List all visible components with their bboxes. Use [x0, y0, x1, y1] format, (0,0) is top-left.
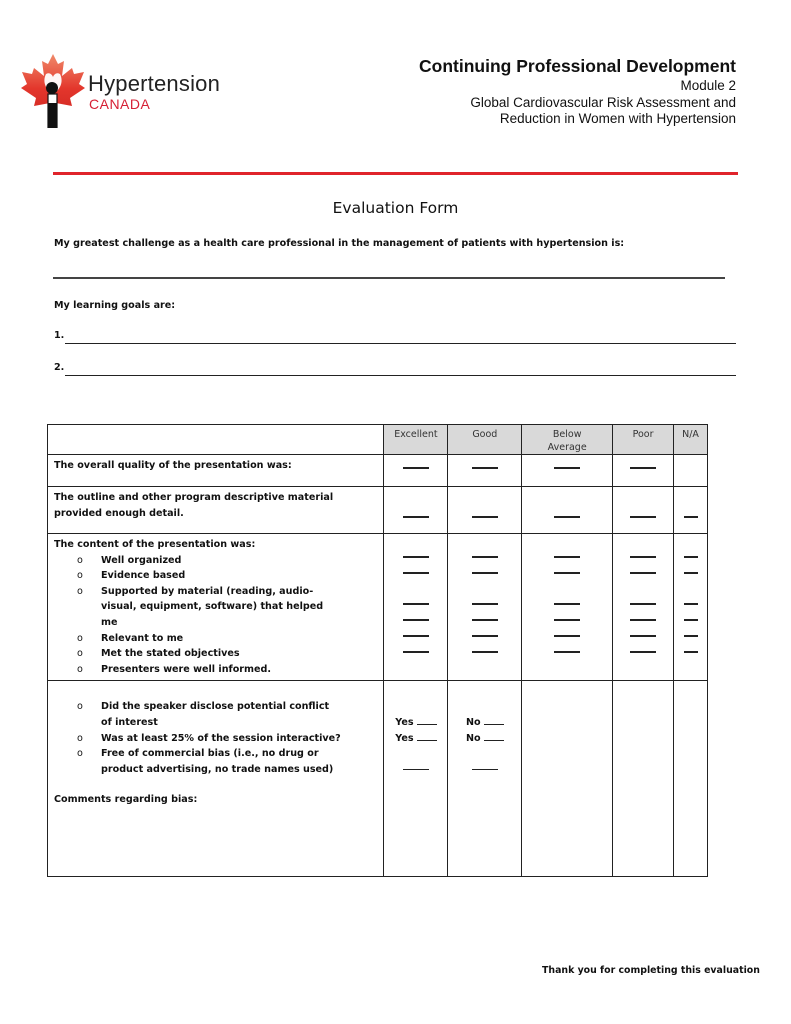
rating-cell[interactable] — [384, 534, 448, 681]
row-label-outline: The outline and other program descriptiv… — [48, 487, 384, 534]
rating-blank[interactable] — [403, 467, 429, 469]
no-option[interactable]: No — [448, 731, 521, 747]
evaluation-table: Excellent Good Below Average Poor N/A Th… — [47, 424, 708, 877]
rating-blank[interactable] — [403, 651, 429, 653]
rating-cell[interactable] — [613, 534, 674, 681]
rating-cell[interactable] — [674, 534, 708, 681]
goal-number: 2. — [54, 362, 64, 373]
rating-blank[interactable] — [630, 467, 656, 469]
rating-blank[interactable] — [403, 635, 429, 637]
content-item: Evidence based — [54, 568, 377, 584]
yes-label: Yes — [395, 717, 413, 728]
rating-cell[interactable] — [384, 487, 448, 534]
bias-free-blank[interactable] — [403, 769, 429, 771]
rating-blank[interactable] — [554, 603, 580, 605]
rating-blank[interactable] — [403, 556, 429, 558]
row-label-overall: The overall quality of the presentation … — [48, 455, 384, 487]
rating-blank[interactable] — [472, 651, 498, 653]
column-na: N/A — [674, 425, 708, 455]
rating-cell[interactable] — [522, 455, 613, 487]
column-label: Below Average — [542, 428, 592, 454]
column-good: Good — [448, 425, 522, 455]
goal-answer-line[interactable] — [65, 375, 736, 377]
rating-blank[interactable] — [403, 603, 429, 605]
yes-cell[interactable]: Yes Yes — [384, 681, 448, 877]
challenge-answer-line[interactable] — [53, 277, 725, 279]
column-excellent: Excellent — [384, 425, 448, 455]
rating-blank[interactable] — [403, 619, 429, 621]
maple-leaf-i-icon — [20, 52, 86, 128]
rating-blank[interactable] — [554, 635, 580, 637]
content-heading: The content of the presentation was: — [54, 537, 377, 553]
yes-blank[interactable] — [417, 731, 437, 741]
rating-blank[interactable] — [630, 572, 656, 574]
rating-blank[interactable] — [472, 572, 498, 574]
content-item: Met the stated objectives — [54, 646, 377, 662]
bias-item: Did the speaker disclose potential confl… — [54, 699, 377, 730]
yes-label: Yes — [395, 733, 413, 744]
rating-cell[interactable] — [674, 487, 708, 534]
rating-cell[interactable] — [448, 534, 522, 681]
rating-cell[interactable] — [522, 487, 613, 534]
logo-subtitle: CANADA — [89, 96, 150, 112]
table-row: The outline and other program descriptiv… — [48, 487, 708, 534]
table-row: The overall quality of the presentation … — [48, 455, 708, 487]
form-title: Evaluation Form — [0, 199, 791, 217]
comments-bias-label: Comments regarding bias: — [54, 792, 377, 808]
rating-blank[interactable] — [554, 619, 580, 621]
rating-blank[interactable] — [554, 516, 580, 518]
rating-blank[interactable] — [472, 556, 498, 558]
goal-number: 1. — [54, 330, 64, 341]
row-label-content: The content of the presentation was: Wel… — [48, 534, 384, 681]
rating-blank[interactable] — [554, 556, 580, 558]
rating-blank[interactable] — [684, 635, 698, 637]
header-subtitle-line2: Reduction in Women with Hypertension — [500, 111, 736, 126]
learning-goal-field[interactable]: 1. — [54, 330, 736, 344]
table-row-bias: Did the speaker disclose potential confl… — [48, 681, 708, 877]
rating-blank[interactable] — [472, 516, 498, 518]
rating-cell[interactable] — [448, 487, 522, 534]
table-row-content: The content of the presentation was: Wel… — [48, 534, 708, 681]
rating-blank[interactable] — [403, 516, 429, 518]
header-subtitle-line1: Global Cardiovascular Risk Assessment an… — [470, 95, 736, 110]
content-item: Well organized — [54, 553, 377, 569]
row-label-bias: Did the speaker disclose potential confl… — [48, 681, 384, 877]
column-poor: Poor — [613, 425, 674, 455]
thank-you-note: Thank you for completing this evaluation — [542, 965, 760, 976]
no-blank[interactable] — [484, 731, 504, 741]
header-divider — [53, 172, 738, 175]
rating-blank[interactable] — [684, 572, 698, 574]
no-label: No — [466, 717, 481, 728]
rating-blank[interactable] — [630, 603, 656, 605]
rating-blank[interactable] — [684, 556, 698, 558]
bias-items-list: Did the speaker disclose potential confl… — [54, 699, 377, 777]
content-item: Supported by material (reading, audio-vi… — [54, 584, 377, 631]
empty-cell — [674, 681, 708, 877]
bias-item: Free of commercial bias (i.e., no drug o… — [54, 746, 377, 777]
rating-cell[interactable] — [613, 487, 674, 534]
content-item: Presenters were well informed. — [54, 662, 377, 678]
challenge-prompt: My greatest challenge as a health care p… — [54, 238, 624, 249]
header-blank-cell — [48, 425, 384, 455]
rating-blank[interactable] — [554, 651, 580, 653]
rating-blank[interactable] — [630, 635, 656, 637]
rating-blank[interactable] — [630, 651, 656, 653]
bias-item: Was at least 25% of the session interact… — [54, 731, 377, 747]
learning-goals-prompt: My learning goals are: — [54, 300, 175, 311]
table-header-row: Excellent Good Below Average Poor N/A — [48, 425, 708, 455]
no-blank[interactable] — [484, 715, 504, 725]
header-module: Module 2 — [680, 78, 736, 93]
hypertension-canada-logo: Hypertension CANADA — [20, 52, 220, 130]
rating-blank[interactable] — [684, 516, 698, 518]
rating-blank[interactable] — [472, 619, 498, 621]
goal-answer-line[interactable] — [65, 343, 736, 345]
rating-blank[interactable] — [472, 635, 498, 637]
header-title: Continuing Professional Development — [419, 56, 736, 77]
empty-cell — [522, 681, 613, 877]
rating-cell[interactable] — [384, 455, 448, 487]
bias-not-free-blank[interactable] — [472, 769, 498, 771]
rating-blank[interactable] — [630, 516, 656, 518]
yes-blank[interactable] — [417, 715, 437, 725]
rating-blank[interactable] — [554, 467, 580, 469]
rating-blank[interactable] — [403, 572, 429, 574]
learning-goal-field[interactable]: 2. — [54, 362, 736, 376]
rating-cell[interactable] — [674, 455, 708, 487]
rating-cell[interactable] — [448, 455, 522, 487]
empty-cell — [613, 681, 674, 877]
no-label: No — [466, 733, 481, 744]
yes-option[interactable]: Yes — [384, 715, 447, 731]
rating-blank[interactable] — [554, 572, 580, 574]
logo-name: Hypertension — [88, 71, 220, 97]
rating-cell[interactable] — [522, 534, 613, 681]
column-below-average: Below Average — [522, 425, 613, 455]
no-cell[interactable]: No No — [448, 681, 522, 877]
rating-blank[interactable] — [472, 603, 498, 605]
rating-blank[interactable] — [684, 619, 698, 621]
rating-blank[interactable] — [684, 603, 698, 605]
rating-blank[interactable] — [630, 619, 656, 621]
rating-blank[interactable] — [630, 556, 656, 558]
rating-blank[interactable] — [472, 467, 498, 469]
yes-option[interactable]: Yes — [384, 731, 447, 747]
content-item: Relevant to me — [54, 631, 377, 647]
rating-blank[interactable] — [684, 651, 698, 653]
content-items-list: Well organized Evidence based Supported … — [54, 553, 377, 678]
no-option[interactable]: No — [448, 715, 521, 731]
rating-cell[interactable] — [613, 455, 674, 487]
